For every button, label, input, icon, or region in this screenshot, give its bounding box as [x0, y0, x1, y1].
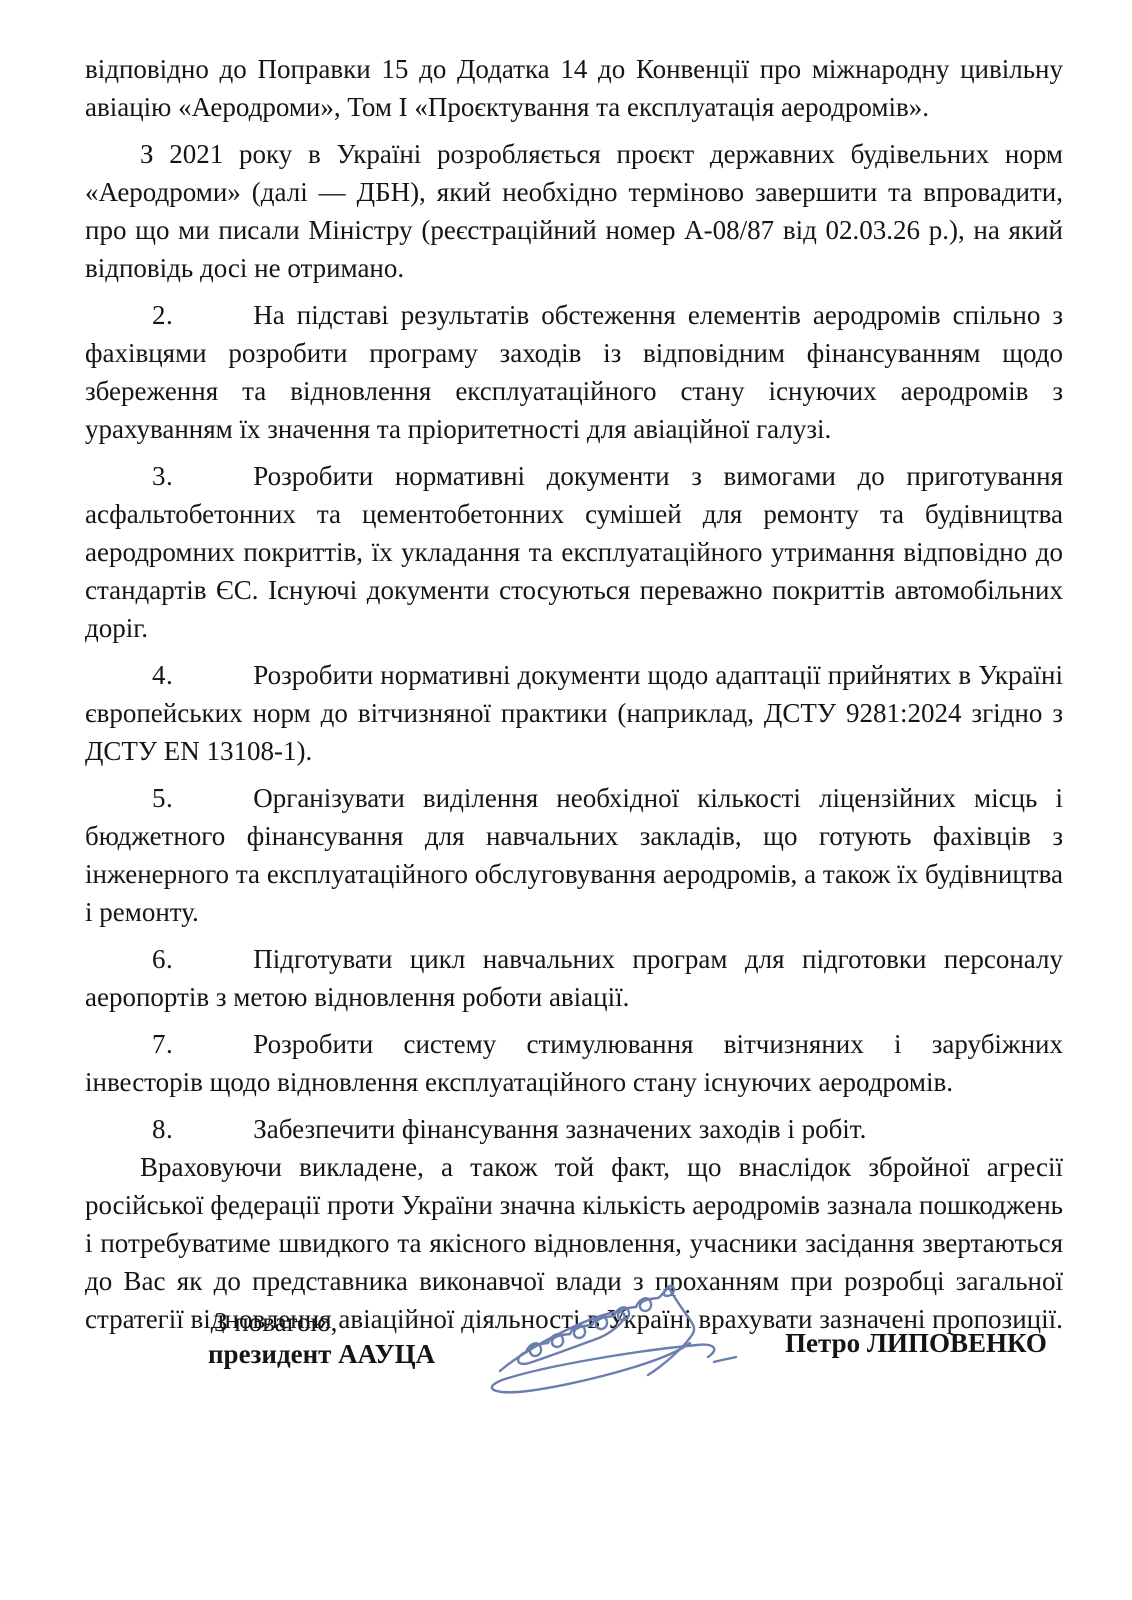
closing-salutation: З повагою, [208, 1306, 435, 1338]
signer-name: Петро ЛИПОВЕНКО [785, 1328, 1047, 1359]
closing-block: З повагою, президент ААУЦА [208, 1306, 435, 1370]
item-number: 3. [152, 461, 173, 491]
numbered-item-6: 6.Підготувати цикл навчальних програм дл… [85, 940, 1063, 1016]
document-body: відповідно до Поправки 15 до Додатка 14 … [85, 50, 1063, 1338]
signer-title: президент ААУЦА [208, 1338, 435, 1370]
item-number: 7. [152, 1029, 173, 1059]
document-page: відповідно до Поправки 15 до Додатка 14 … [0, 0, 1132, 1600]
numbered-item-4: 4.Розробити нормативні документи щодо ад… [85, 656, 1063, 770]
numbered-item-8: 8.Забезпечити фінансування зазначених за… [85, 1110, 1063, 1148]
numbered-item-3: 3.Розробити нормативні документи з вимог… [85, 457, 1063, 647]
item-number: 6. [152, 944, 173, 974]
signature-ink [452, 1283, 736, 1392]
numbered-item-7: 7.Розробити систему стимулювання вітчизн… [85, 1025, 1063, 1101]
numbered-item-5: 5.Організувати виділення необхідної кіль… [85, 779, 1063, 931]
item-number: 4. [152, 660, 173, 690]
handwritten-signature-icon [452, 1283, 764, 1415]
item-number: 8. [152, 1114, 173, 1144]
item-number: 5. [152, 783, 173, 813]
item-number: 2. [152, 300, 173, 330]
numbered-item-2: 2.На підставі результатів обстеження еле… [85, 296, 1063, 448]
paragraph: відповідно до Поправки 15 до Додатка 14 … [85, 50, 1063, 126]
paragraph: З 2021 року в Україні розробляється проє… [85, 135, 1063, 287]
